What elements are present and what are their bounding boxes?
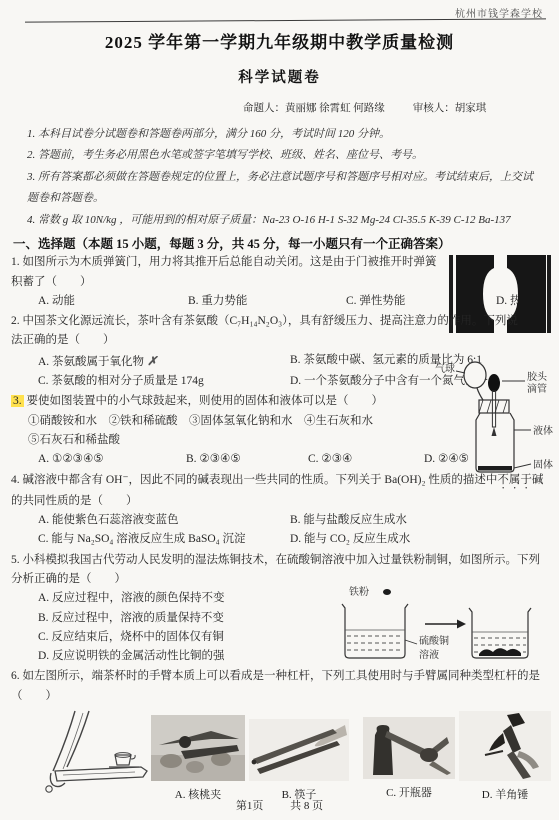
option-a: A. 动能 (38, 292, 188, 311)
claw-hammer-photo-option-d: D. 羊角锤 (459, 711, 551, 804)
option-b: B. ②③④⑤ (186, 450, 308, 469)
setters-label: 命题人：黄丽娜 徐霄虹 何路缘 (243, 100, 385, 115)
label-dropper: 胶头 (527, 370, 548, 383)
section-title: 一、选择题（本题 15 小题，每题 3 分，共 45 分，每一小题只有一个正确答… (13, 234, 551, 252)
question-6-stem: 6. 如左图所示，端茶杯时的手臂本质上可以看成是一种杠杆，下列工具使用时与手臂属… (11, 667, 551, 706)
question-4-options: A. 能使紫色石蕊溶液变蓝色 B. 能与盐酸反应生成水 C. 能与 Na₂SO₄… (11, 511, 551, 550)
option-a: A. 茶氨酸属于氧化物✗ (38, 351, 290, 372)
question-number: 4. (11, 474, 20, 486)
label-dropper: 滴管 (527, 382, 547, 395)
question-1: 1. 如图所示为木质弹簧门，用力将其推开后总能自动关闭。这是由于门被推开时弹簧积… (11, 253, 551, 311)
page-number: 第1页 (236, 800, 264, 812)
nutcracker-photo-option-a: A. 核桃夹 (151, 715, 245, 804)
option-b: B. 能与盐酸反应生成水 (290, 511, 551, 530)
question-4: 4. 碱溶液中都含有 OH⁻，因此不同的碱表现出一些共同的性质。下列关于 Ba(… (11, 471, 551, 550)
notice-item: 3. 所有答案都必须做在答题卷规定的位置上，务必注意试题序号和答题序号相对应。考… (27, 167, 543, 210)
bottle-opener-photo-option-c: C. 开瓶器 (363, 717, 455, 802)
question-2-stem: 2. 中国茶文化源远流长，茶叶含有茶氨酸（C₇H₁₄N₂O₃），具有舒缓压力、提… (11, 312, 551, 351)
page-footer: 第1页 共 8 页 (0, 797, 559, 813)
option-a: A. ①②③④⑤ (38, 450, 186, 469)
chopsticks-photo-option-b: B. 筷子 (249, 719, 349, 804)
option-c: C. 茶氨酸的相对分子质量是 174g (38, 372, 290, 391)
question-6: 6. 如左图所示，端茶杯时的手臂本质上可以看成是一种杠杆，下列工具使用时与手臂属… (11, 667, 551, 817)
option-c: C. ②③④ (308, 450, 424, 469)
handwritten-cross-mark: ✗ (144, 354, 157, 368)
label-balloon: 气球 (435, 362, 455, 375)
reviewer-label: 审核人：胡家琪 (413, 100, 487, 115)
question-number: 6. (11, 670, 20, 682)
question-number-highlighted: 3. (11, 395, 24, 407)
question-number: 5. (11, 554, 20, 566)
label-liquid: 液体 (533, 424, 553, 437)
byline: 命题人：黄丽娜 徐霄虹 何路缘 审核人：胡家琪 (0, 100, 559, 115)
paper-subtitle: 科学试题卷 (0, 66, 559, 87)
option-a: A. 能使紫色石蕊溶液变蓝色 (38, 511, 290, 530)
exam-notices: 1. 本科目试卷分试题卷和答题卷两部分，满分 160 分，考试时间 120 分钟… (27, 124, 543, 231)
notice-item: 1. 本科目试卷分试题卷和答题卷两部分，满分 160 分，考试时间 120 分钟… (27, 124, 543, 145)
question-5: 5. 小科模拟我国古代劳动人民发明的湿法炼铜技术，在硫酸铜溶液中加入过量铁粉制铜… (11, 551, 551, 667)
exam-paper-page: 杭州市钱学森学校 2025 学年第一学期九年级期中教学质量检测 科学试题卷 命题… (0, 0, 559, 820)
question-5-options: A. 反应过程中，溶液的颜色保持不变 B. 反应过程中，溶液的质量保持不变 C.… (11, 589, 348, 666)
question-3: 3. 要使如图装置中的小气球鼓起来，则使用的固体和液体可以是（ ） ①硝酸铵和水… (11, 392, 551, 469)
question-number: 1. (11, 256, 20, 268)
option-c: C. 能与 Na₂SO₄ 溶液反应生成 BaSO₄ 沉淀 (38, 530, 290, 549)
notice-item: 4. 常数 g 取 10N/kg ，可能用到的相对原子质量：Na-23 O-16… (27, 210, 543, 231)
page-total: 共 8 页 (290, 800, 323, 812)
copper-sulfate-beakers-figure: 铁粉 硫酸铜 溶液 (321, 582, 535, 672)
option-c: C. 反应结束后，烧杯中的固体仅有铜 (38, 628, 348, 647)
exam-title: 2025 学年第一学期九年级期中教学质量检测 (8, 28, 551, 53)
option-d: D. 反应说明铁的金属活动性比铜的强 (38, 647, 348, 666)
arm-lever-figure (23, 709, 153, 809)
label-solution: 溶液 (419, 648, 439, 661)
question-number: 2. (11, 315, 20, 327)
header-rule (25, 18, 546, 22)
label-iron-powder: 铁粉 (349, 585, 369, 598)
label-solid: 固体 (533, 458, 553, 471)
notice-item: 2. 答题前，考生务必用黑色水笔或签字笔填写学校、班级、姓名、座位号、考号。 (27, 145, 543, 166)
option-d: D. 能与 CO₂ 反应生成水 (290, 530, 551, 549)
label-solution: 硫酸铜 (419, 634, 449, 647)
balloon-bottle-apparatus-figure: 气球 胶头 滴管 液体 固体 (433, 358, 557, 478)
option-a: A. 反应过程中，溶液的颜色保持不变 (38, 589, 348, 608)
option-b: B. 重力势能 (188, 292, 346, 311)
option-b: B. 反应过程中，溶液的质量保持不变 (38, 609, 348, 628)
